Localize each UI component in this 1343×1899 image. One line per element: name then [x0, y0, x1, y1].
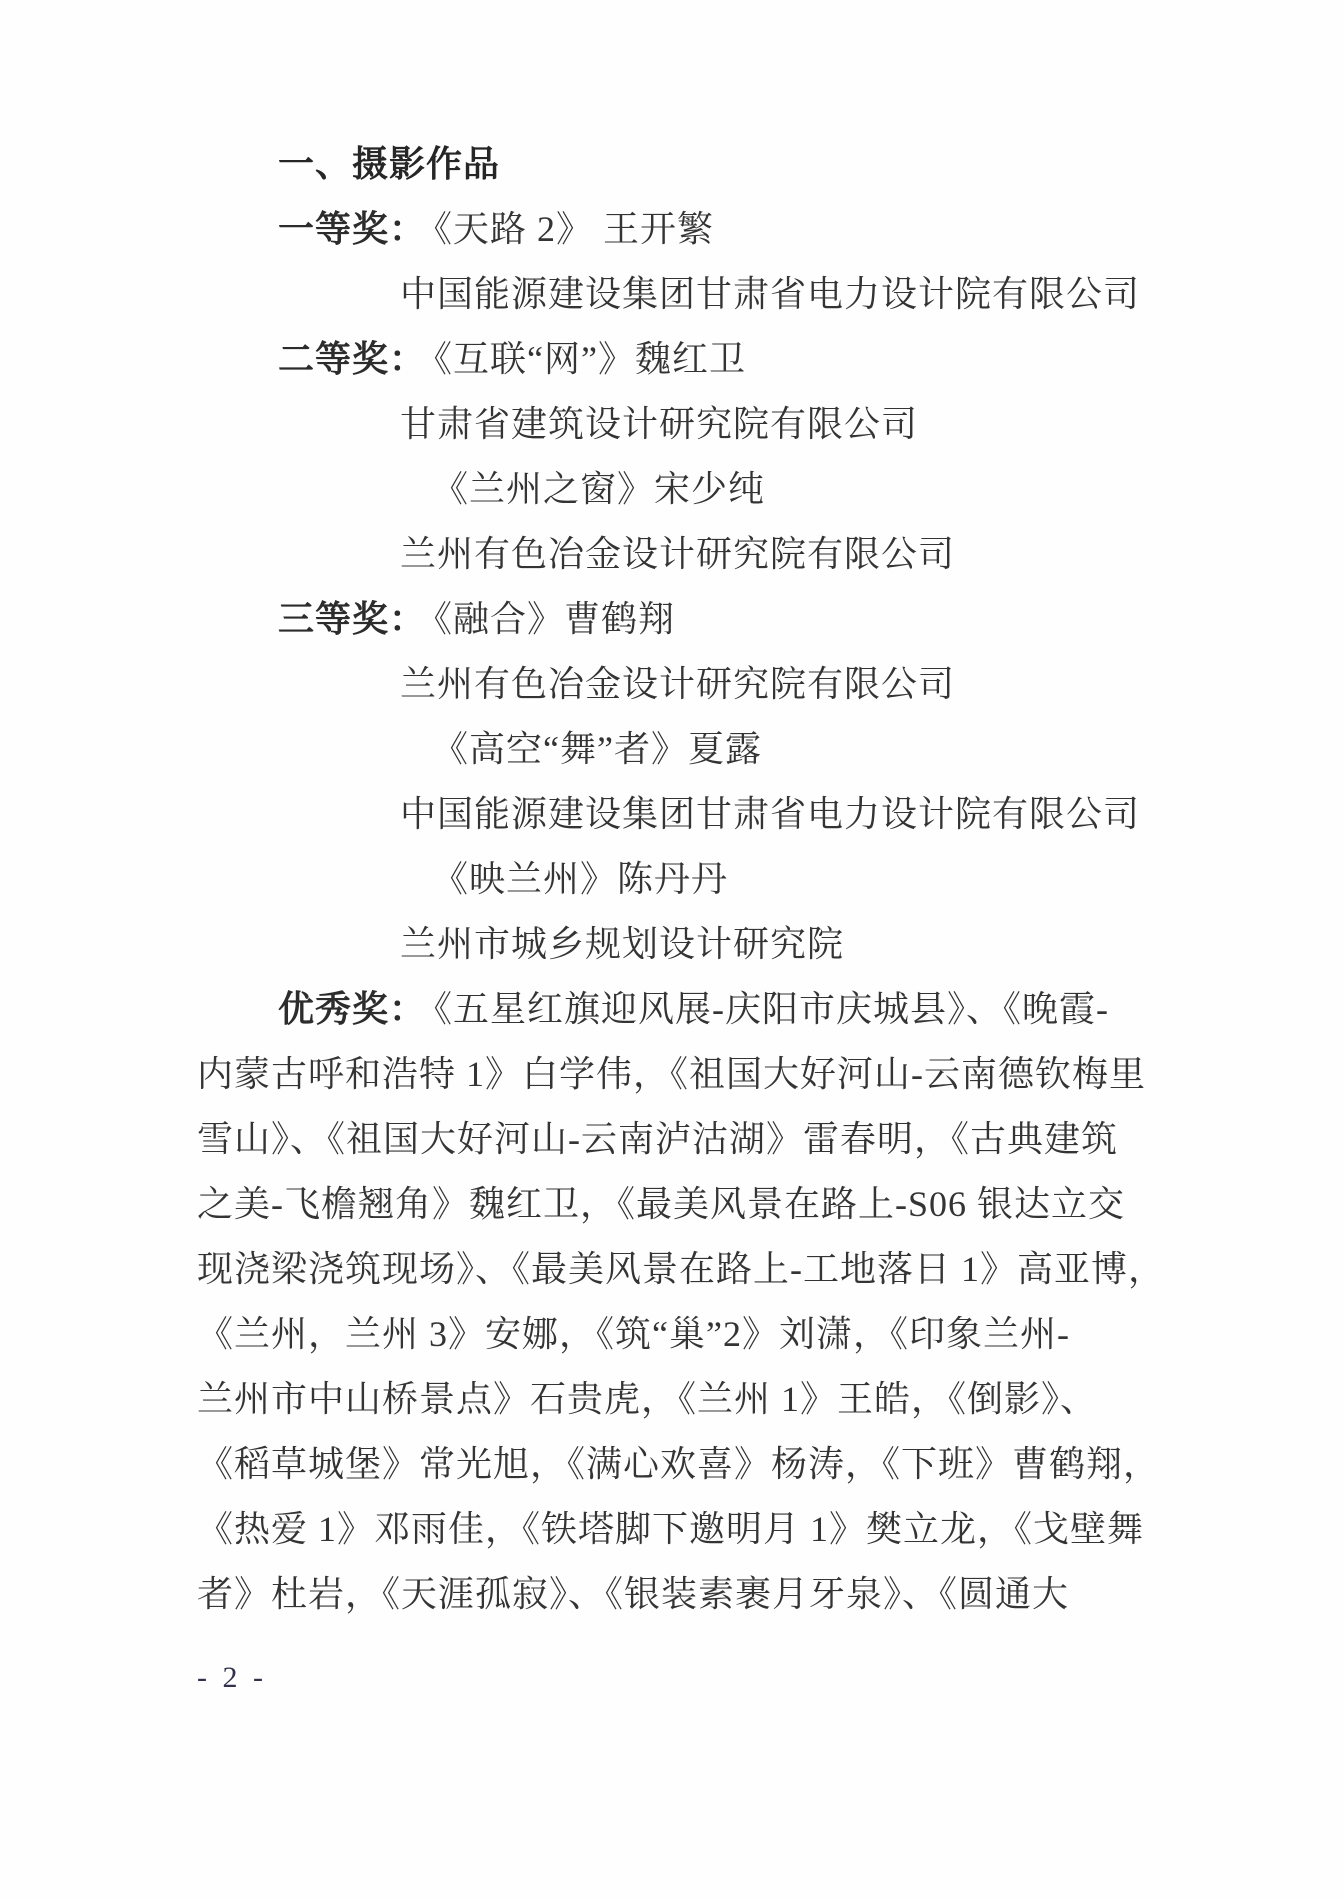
- award-label: 优秀奖：: [278, 989, 426, 1029]
- line-text: 兰州有色冶金设计研究院有限公司: [400, 664, 955, 704]
- document-line: 一等奖：《天路 2》 王开繁: [278, 197, 1343, 262]
- document-line: 兰州有色冶金设计研究院有限公司: [400, 522, 1343, 587]
- document-body: 一、摄影作品 一等奖：《天路 2》 王开繁 中国能源建设集团甘肃省电力设计院有限…: [0, 132, 1343, 1627]
- document-line: 中国能源建设集团甘肃省电力设计院有限公司: [400, 782, 1343, 847]
- line-text: 《兰州之窗》宋少纯: [432, 469, 765, 509]
- line-text: 者》杜岩，《天涯孤寂》、《银装素裹月牙泉》、《圆通大: [197, 1574, 1069, 1614]
- document-line: 兰州有色冶金设计研究院有限公司: [400, 652, 1343, 717]
- document-line: 优秀奖：《五星红旗迎风展-庆阳市庆城县》、《晚霞-: [278, 977, 1343, 1042]
- line-text: 《热爱 1》邓雨佳，《铁塔脚下邀明月 1》樊立龙，《戈壁舞: [197, 1509, 1144, 1549]
- document-line: 之美-飞檐翘角》魏红卫，《最美风景在路上-S06 银达立交: [197, 1172, 1343, 1237]
- document-line: 雪山》、《祖国大好河山-云南泸沽湖》雷春明，《古典建筑: [197, 1107, 1343, 1172]
- line-text: 兰州有色冶金设计研究院有限公司: [400, 534, 955, 574]
- document-line: 二等奖：《互联“网”》魏红卫: [278, 327, 1343, 392]
- award-label: 二等奖：: [278, 339, 426, 379]
- section-heading: 一、摄影作品: [278, 132, 1343, 197]
- document-line: 《映兰州》陈丹丹: [432, 847, 1343, 912]
- document-line: 内蒙古呼和浩特 1》白学伟，《祖国大好河山-云南德钦梅里: [197, 1042, 1343, 1107]
- document-line: 《热爱 1》邓雨佳，《铁塔脚下邀明月 1》樊立龙，《戈壁舞: [197, 1497, 1343, 1562]
- line-text: 《高空“舞”者》夏露: [432, 729, 762, 769]
- document-line: 现浇梁浇筑现场》、《最美风景在路上-工地落日 1》高亚博，: [197, 1237, 1343, 1302]
- line-text: 《互联“网”》魏红卫: [434, 339, 746, 379]
- line-text: 兰州市中山桥景点》石贵虎，《兰州 1》王皓，《倒影》、: [197, 1379, 1097, 1419]
- line-text: 甘肃省建筑设计研究院有限公司: [400, 404, 918, 444]
- line-text: 《稻草城堡》常光旭，《满心欢喜》杨涛，《下班》曹鹤翔，: [197, 1444, 1160, 1484]
- line-text: 《融合》曹鹤翔: [434, 599, 675, 639]
- document-line: 《高空“舞”者》夏露: [432, 717, 1343, 782]
- document-line: 《稻草城堡》常光旭，《满心欢喜》杨涛，《下班》曹鹤翔，: [197, 1432, 1343, 1497]
- line-text: 《五星红旗迎风展-庆阳市庆城县》、《晚霞-: [434, 989, 1109, 1029]
- line-text: 现浇梁浇筑现场》、《最美风景在路上-工地落日 1》高亚博，: [197, 1249, 1165, 1289]
- document-line: 三等奖：《融合》曹鹤翔: [278, 587, 1343, 652]
- line-text: 之美-飞檐翘角》魏红卫，《最美风景在路上-S06 银达立交: [197, 1184, 1125, 1224]
- document-line: 兰州市城乡规划设计研究院: [400, 912, 1343, 977]
- line-text: 兰州市城乡规划设计研究院: [400, 924, 844, 964]
- line-text: 中国能源建设集团甘肃省电力设计院有限公司: [400, 794, 1140, 834]
- document-line: 《兰州之窗》宋少纯: [432, 457, 1343, 522]
- line-text: 《天路 2》 王开繁: [434, 209, 714, 249]
- document-line: 者》杜岩，《天涯孤寂》、《银装素裹月牙泉》、《圆通大: [197, 1562, 1343, 1627]
- document-line: 中国能源建设集团甘肃省电力设计院有限公司: [400, 262, 1343, 327]
- award-label: 一等奖：: [278, 209, 426, 249]
- line-text: 中国能源建设集团甘肃省电力设计院有限公司: [400, 274, 1140, 314]
- document-line: 甘肃省建筑设计研究院有限公司: [400, 392, 1343, 457]
- document-line: 《兰州，兰州 3》安娜，《筑“巢”2》刘潇，《印象兰州-: [197, 1302, 1343, 1367]
- document-line: 兰州市中山桥景点》石贵虎，《兰州 1》王皓，《倒影》、: [197, 1367, 1343, 1432]
- line-text: 内蒙古呼和浩特 1》白学伟，《祖国大好河山-云南德钦梅里: [197, 1054, 1146, 1094]
- line-text: 《映兰州》陈丹丹: [432, 859, 728, 899]
- award-label: 三等奖：: [278, 599, 426, 639]
- document-page: 一、摄影作品 一等奖：《天路 2》 王开繁 中国能源建设集团甘肃省电力设计院有限…: [0, 0, 1343, 1899]
- page-number: - 2 -: [197, 1660, 267, 1696]
- line-text: 《兰州，兰州 3》安娜，《筑“巢”2》刘潇，《印象兰州-: [197, 1314, 1070, 1354]
- line-text: 雪山》、《祖国大好河山-云南泸沽湖》雷春明，《古典建筑: [197, 1119, 1118, 1159]
